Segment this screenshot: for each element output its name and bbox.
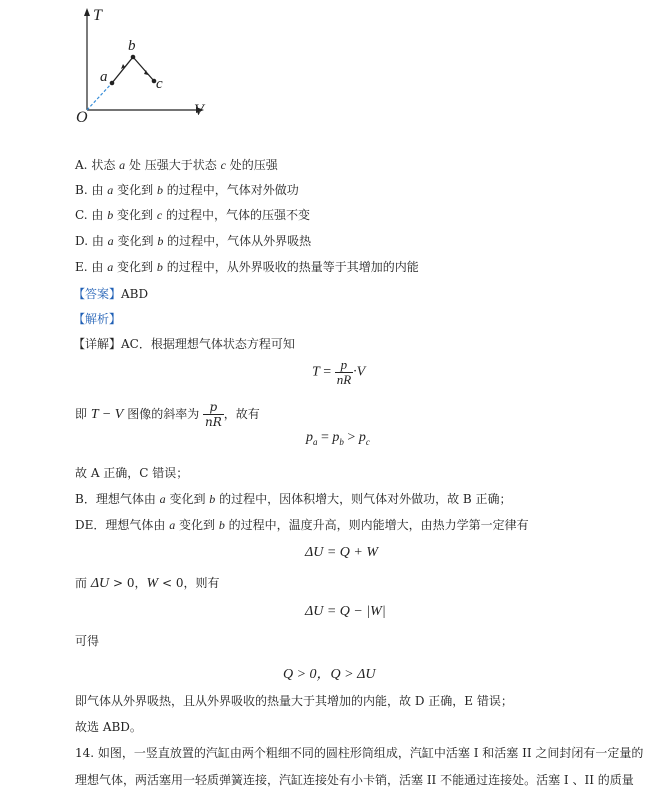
option-text: 状态: [91, 158, 119, 172]
analysis-line: 【解析】: [73, 311, 121, 327]
equation-pressure-compare: pa = pb > pc: [306, 430, 370, 447]
option-letter: B.: [75, 183, 88, 197]
text: 图像的斜率为: [123, 407, 203, 421]
equation-ideal-gas: T = pnR·V: [312, 358, 365, 387]
analysis-label: 【解析】: [73, 312, 121, 326]
option-d: D. 由 a 变化到 b 的过程中，气体从外界吸热: [75, 233, 311, 249]
fraction-numerator: p: [335, 358, 353, 373]
option-e: E. 由 a 变化到 b 的过程中，从外界吸收的热量等于其增加的内能: [75, 259, 419, 275]
equation-q-compare: Q > 0，Q > ΔU: [283, 663, 375, 683]
answer-value: ABD: [121, 287, 148, 301]
option-text: 变化到: [114, 234, 158, 248]
math-var: W: [146, 576, 158, 591]
text: 而: [75, 576, 91, 590]
option-letter: A.: [75, 158, 87, 172]
p-var: p: [306, 430, 313, 445]
point-a-label: a: [100, 69, 108, 86]
option-text: 由: [91, 208, 107, 222]
fraction-denominator: nR: [203, 415, 224, 429]
final-explanation: 即气体从外界吸热，且从外界吸收的热量大于其增加的内能，故 D 正确，E 错误；: [75, 693, 513, 709]
fraction: pnR: [203, 400, 224, 429]
operator: =: [318, 430, 333, 445]
point-b-label: b: [128, 38, 136, 55]
text: 变化到: [166, 492, 210, 506]
text: DE．理想气体由: [75, 518, 169, 532]
option-letter: C.: [75, 208, 88, 222]
option-text: 的过程中，气体对外做功: [163, 183, 299, 197]
eq-sign: =: [320, 365, 335, 380]
therefore-line: 可得: [75, 633, 99, 649]
fraction-denominator: nR: [335, 373, 353, 387]
option-text: 变化到: [113, 208, 157, 222]
conclusion-ac: 故 A 正确，C 错误；: [75, 465, 188, 481]
point-c-label: c: [156, 76, 163, 93]
de-explanation: DE．理想气体由 a 变化到 b 的过程中，温度升高，则内能增大，由热力学第一定…: [75, 517, 529, 533]
text: B．理想气体由: [75, 492, 160, 506]
equation-first-law: ΔU = Q + W: [305, 545, 378, 561]
text: 即: [75, 407, 91, 421]
detail-intro-line: 【详解】AC．根据理想气体状态方程可知: [73, 336, 295, 352]
operator: >: [344, 430, 359, 445]
tv-graph-svg: [70, 5, 210, 130]
axis-t-label: T: [93, 7, 102, 25]
detail-label: 【详解】: [73, 337, 121, 351]
math-var: ΔU: [91, 576, 109, 591]
option-text: 由: [92, 234, 108, 248]
fraction: pnR: [335, 358, 353, 387]
option-text: 的过程中，气体的压强不变: [162, 208, 310, 222]
axis-v-label: V: [194, 102, 204, 120]
text: ，故有: [224, 407, 260, 421]
option-text: 变化到: [113, 183, 157, 197]
option-letter: D.: [75, 234, 88, 248]
option-text: 变化到: [113, 260, 157, 274]
text: 的过程中，温度升高，则内能增大，由热力学第一定律有: [225, 518, 529, 532]
text: < 0，则有: [158, 576, 219, 590]
choose-line: 故选 ABD。: [75, 719, 142, 735]
text: > 0，: [109, 576, 146, 590]
question-14-line-1: 14. 如图，一竖直放置的汽缸由两个粗细不同的圆柱形筒组成，汽缸中活塞 I 和活…: [75, 745, 643, 761]
condition-line: 而 ΔU > 0，W < 0，则有: [75, 575, 219, 592]
slope-line: 即 T − V 图像的斜率为 pnR，故有: [75, 400, 260, 429]
text: 变化到: [175, 518, 219, 532]
eq-rhs: ·V: [353, 365, 365, 380]
option-text: 处的压强: [226, 158, 278, 172]
eq-lhs: T: [312, 365, 320, 380]
answer-line: 【答案】ABD: [73, 286, 148, 302]
answer-label: 【答案】: [73, 287, 121, 301]
tv-graph-figure: T V O a b c: [70, 5, 210, 130]
option-a: A. 状态 a 处 压强大于状态 c 处的压强: [75, 157, 278, 173]
option-text: 由: [91, 183, 107, 197]
option-letter: E.: [75, 260, 88, 274]
equation-abs-work: ΔU = Q − |W|: [305, 604, 386, 620]
detail-intro: AC．根据理想气体状态方程可知: [121, 337, 295, 351]
option-text: 的过程中，气体从外界吸热: [163, 234, 311, 248]
text: 的过程中，因体积增大，则气体对外做功，故 B 正确；: [215, 492, 511, 506]
origin-label: O: [76, 109, 88, 127]
p-var: p: [359, 430, 366, 445]
option-text: 处 压强大于状态: [125, 158, 220, 172]
b-explanation: B．理想气体由 a 变化到 b 的过程中，因体积增大，则气体对外做功，故 B 正…: [75, 491, 512, 507]
fraction-numerator: p: [203, 400, 224, 415]
option-text: 由: [91, 260, 107, 274]
math-expr: T − V: [91, 407, 124, 422]
question-14-line-2: 理想气体，两活塞用一轻质弹簧连接，汽缸连接处有小卡销，活塞 II 不能通过连接处…: [75, 772, 634, 788]
option-text: 的过程中，从外界吸收的热量等于其增加的内能: [163, 260, 419, 274]
option-b: B. 由 a 变化到 b 的过程中，气体对外做功: [75, 182, 299, 198]
subscript: c: [366, 437, 370, 447]
option-c: C. 由 b 变化到 c 的过程中，气体的压强不变: [75, 207, 310, 223]
